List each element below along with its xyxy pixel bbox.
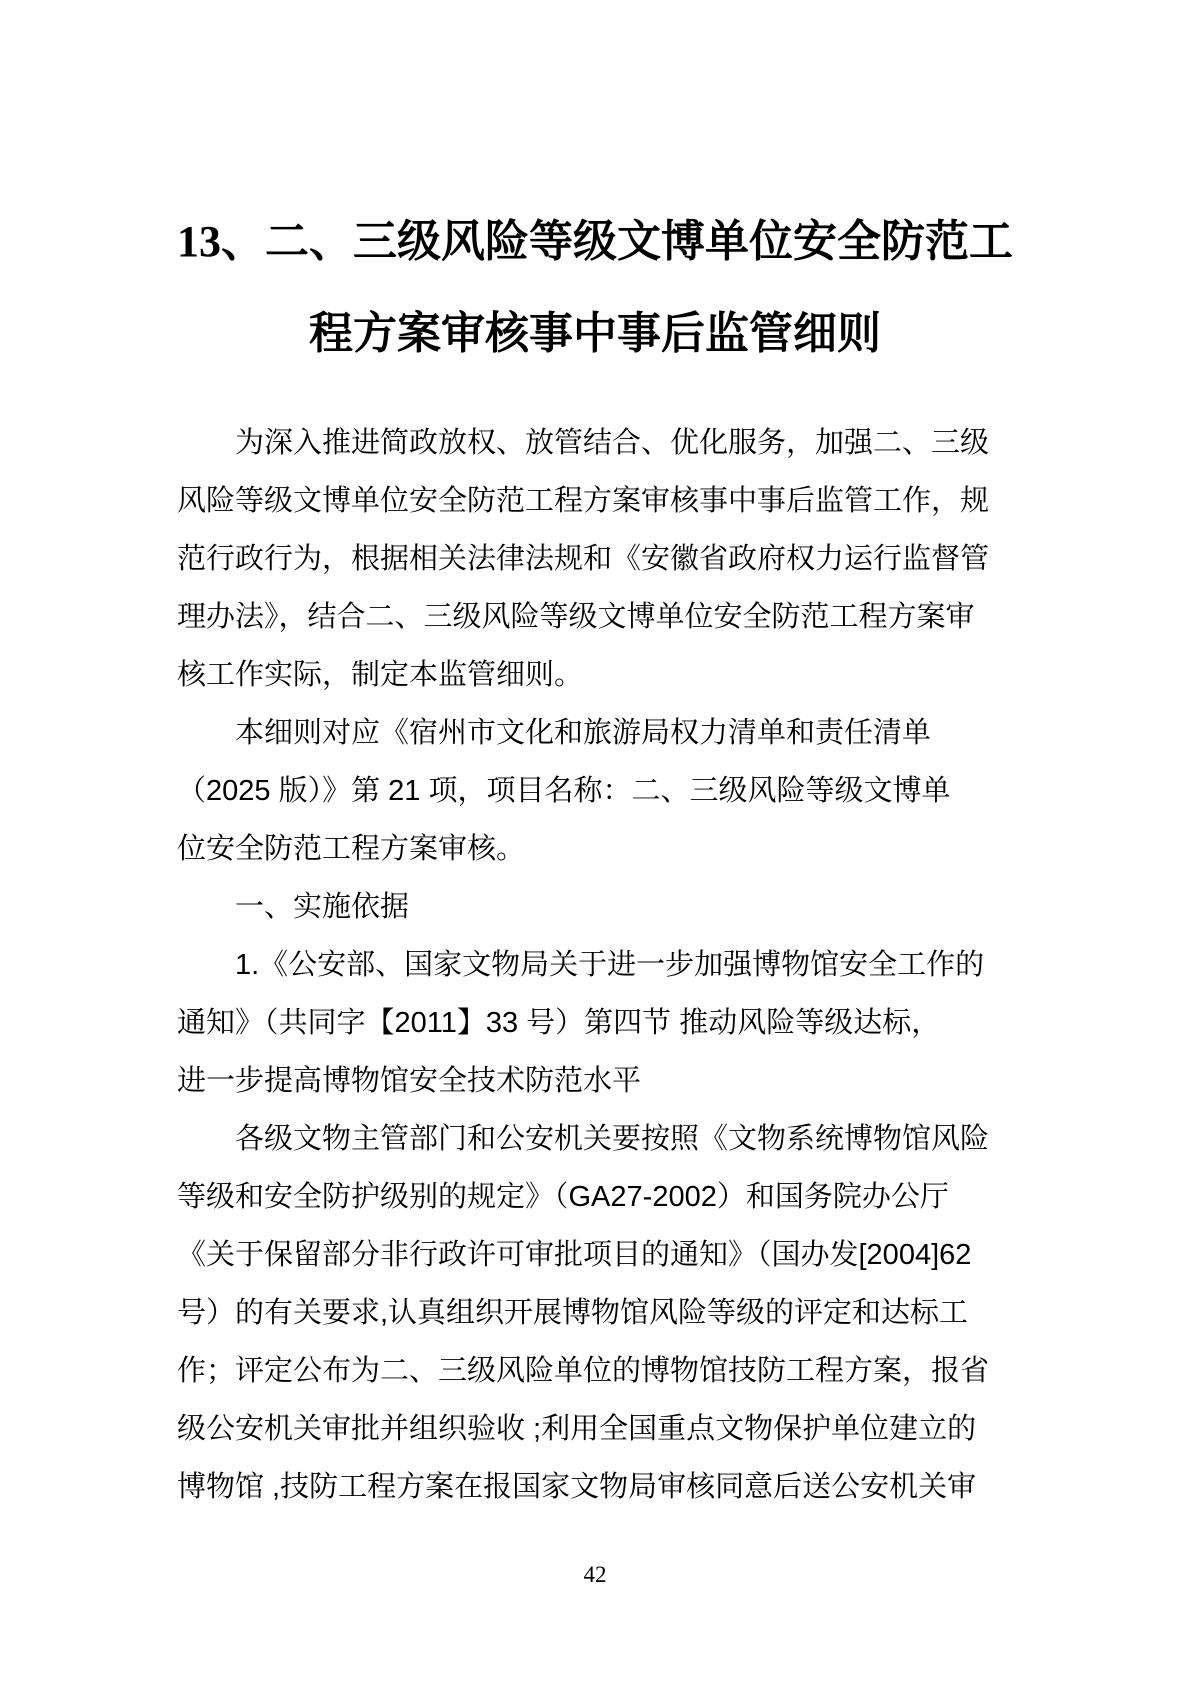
body-line: 理办法》，结合二、三级风险等级文博单位安全防范工程方案审 (177, 588, 1013, 646)
title-line: 13、二、三级风险等级文博单位安全防范工 (177, 196, 1013, 288)
body-line: 号）的有关要求,认真组织开展博物馆风险等级的评定和达标工 (177, 1284, 1013, 1342)
document-body: 为深入推进简政放权、放管结合、优化服务，加强二、三级 风险等级文博单位安全防范工… (177, 414, 1013, 1516)
body-line: 进一步提高博物馆安全技术防范水平 (177, 1052, 1013, 1110)
document-title: 13、二、三级风险等级文博单位安全防范工 程方案审核事中事后监管细则 (177, 196, 1013, 380)
page-number: 42 (0, 1563, 1190, 1587)
body-line: 风险等级文博单位安全防范工程方案审核事中事后监管工作，规 (177, 472, 1013, 530)
body-line: 范行政行为，根据相关法律法规和《安徽省政府权力运行监督管 (177, 530, 1013, 588)
body-line: 等级和安全防护级别的规定》（GA27-2002）和国务院办公厅 (177, 1168, 1013, 1226)
document-page: 13、二、三级风险等级文博单位安全防范工 程方案审核事中事后监管细则 为深入推进… (0, 0, 1190, 1683)
body-line: 博物馆 ,技防工程方案在报国家文物局审核同意后送公安机关审 (177, 1458, 1013, 1516)
paragraph-first-line: 各级文物主管部门和公安机关要按照《文物系统博物馆风险 (177, 1110, 1013, 1168)
body-line: （2025 版）》第 21 项，项目名称：二、三级风险等级文博单 (177, 762, 1013, 820)
paragraph-first-line: 1.《公安部、国家文物局关于进一步加强博物馆安全工作的 (177, 936, 1013, 994)
paragraph-first-line: 本细则对应《宿州市文化和旅游局权力清单和责任清单 (177, 704, 1013, 762)
body-line: 核工作实际，制定本监管细则。 (177, 646, 1013, 704)
body-line: 通知》（共同字【2011】33 号）第四节 推动风险等级达标， (177, 994, 1013, 1052)
body-line: 位安全防范工程方案审核。 (177, 820, 1013, 878)
section-heading: 一、实施依据 (177, 878, 1013, 936)
title-line: 程方案审核事中事后监管细则 (177, 288, 1013, 380)
body-line: 作；评定公布为二、三级风险单位的博物馆技防工程方案，报省 (177, 1342, 1013, 1400)
paragraph-first-line: 为深入推进简政放权、放管结合、优化服务，加强二、三级 (177, 414, 1013, 472)
body-line: 级公安机关审批并组织验收 ;利用全国重点文物保护单位建立的 (177, 1400, 1013, 1458)
body-line: 《关于保留部分非行政许可审批项目的通知》（国办发[2004]62 (177, 1226, 1013, 1284)
